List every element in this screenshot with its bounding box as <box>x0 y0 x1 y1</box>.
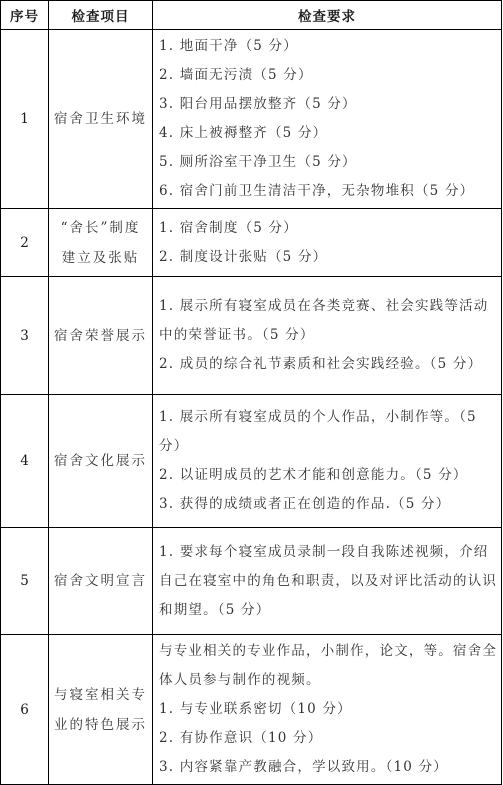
table-row: 6 与寝室相关专业的特色展示 与专业相关的专业作品，小制作，论文，等。宿舍全体人… <box>1 635 502 785</box>
row-number: 4 <box>1 395 49 528</box>
row-item: 宿舍文明宣言 <box>49 528 153 635</box>
table-row: 3 宿舍荣誉展示 1. 展示所有寝室成员在各类竞赛、社会实践等活动中的荣誉证书。… <box>1 277 502 395</box>
row-requirements: 1. 宿舍制度（5 分） 2. 制度设计张贴（5 分） <box>153 209 502 277</box>
header-item: 检查项目 <box>49 1 153 30</box>
row-item: 宿舍卫生环境 <box>49 30 153 209</box>
row-item: 宿舍文化展示 <box>49 395 153 528</box>
requirement-line: 1. 要求每个寝室成员录制一段自我陈述视频，介绍自己在寝室中的角色和职责，以及对… <box>159 538 499 625</box>
row-item: 与寝室相关专业的特色展示 <box>49 635 153 785</box>
table-row: 5 宿舍文明宣言 1. 要求每个寝室成员录制一段自我陈述视频，介绍自己在寝室中的… <box>1 528 502 635</box>
row-number: 5 <box>1 528 49 635</box>
requirement-line: 2. 制度设计张贴（5 分） <box>159 243 499 272</box>
requirement-line: 4. 床上被褥整齐（5 分） <box>159 119 499 148</box>
requirement-line: 1. 地面干净（5 分） <box>159 32 499 61</box>
requirement-line: 3. 内容紧靠产教融合，学以致用。（10 分） <box>159 753 499 782</box>
requirement-line: 2. 有协作意识（10 分） <box>159 724 499 753</box>
row-requirements: 1. 地面干净（5 分） 2. 墙面无污渍（5 分） 3. 阳台用品摆放整齐（5… <box>153 30 502 209</box>
header-requirements: 检查要求 <box>153 1 502 30</box>
requirement-line: 1. 展示所有寝室成员在各类竞赛、社会实践等活动中的荣誉证书。（5 分） <box>159 292 499 350</box>
row-number: 6 <box>1 635 49 785</box>
requirement-line: 2. 以证明成员的艺术才能和创意能力。（5 分） <box>159 461 499 490</box>
header-no: 序号 <box>1 1 49 30</box>
requirement-line: 1. 与专业联系密切（10 分） <box>159 695 499 724</box>
row-item: 宿舍荣誉展示 <box>49 277 153 395</box>
requirement-line: 1. 宿舍制度（5 分） <box>159 214 499 243</box>
requirement-line: 2. 成员的综合礼节素质和社会实践经验。（5 分） <box>159 350 499 379</box>
requirement-line: 与专业相关的专业作品，小制作，论文，等。宿舍全体人员参与制作的视频。 <box>159 637 499 695</box>
row-requirements: 与专业相关的专业作品，小制作，论文，等。宿舍全体人员参与制作的视频。 1. 与专… <box>153 635 502 785</box>
table-row: 4 宿舍文化展示 1. 展示所有寝室成员的个人作品，小制作等。（5 分） 2. … <box>1 395 502 528</box>
row-number: 2 <box>1 209 49 277</box>
table-row: 2 “舍长”制度建立及张贴 1. 宿舍制度（5 分） 2. 制度设计张贴（5 分… <box>1 209 502 277</box>
row-requirements: 1. 要求每个寝室成员录制一段自我陈述视频，介绍自己在寝室中的角色和职责，以及对… <box>153 528 502 635</box>
requirement-line: 2. 墙面无污渍（5 分） <box>159 61 499 90</box>
inspection-table: 序号 检查项目 检查要求 1 宿舍卫生环境 1. 地面干净（5 分） 2. 墙面… <box>0 0 502 785</box>
row-requirements: 1. 展示所有寝室成员的个人作品，小制作等。（5 分） 2. 以证明成员的艺术才… <box>153 395 502 528</box>
requirement-line: 6. 宿舍门前卫生清洁干净，无杂物堆积（5 分） <box>159 177 499 206</box>
requirement-line: 3. 获得的成绩或者正在创造的作品.（5 分） <box>159 490 499 519</box>
row-number: 1 <box>1 30 49 209</box>
row-requirements: 1. 展示所有寝室成员在各类竞赛、社会实践等活动中的荣誉证书。（5 分） 2. … <box>153 277 502 395</box>
requirement-line: 5. 厕所浴室干净卫生（5 分） <box>159 148 499 177</box>
table-header-row: 序号 检查项目 检查要求 <box>1 1 502 30</box>
table-row: 1 宿舍卫生环境 1. 地面干净（5 分） 2. 墙面无污渍（5 分） 3. 阳… <box>1 30 502 209</box>
row-number: 3 <box>1 277 49 395</box>
requirement-line: 3. 阳台用品摆放整齐（5 分） <box>159 90 499 119</box>
row-item: “舍长”制度建立及张贴 <box>49 209 153 277</box>
requirement-line: 1. 展示所有寝室成员的个人作品，小制作等。（5 分） <box>159 403 499 461</box>
